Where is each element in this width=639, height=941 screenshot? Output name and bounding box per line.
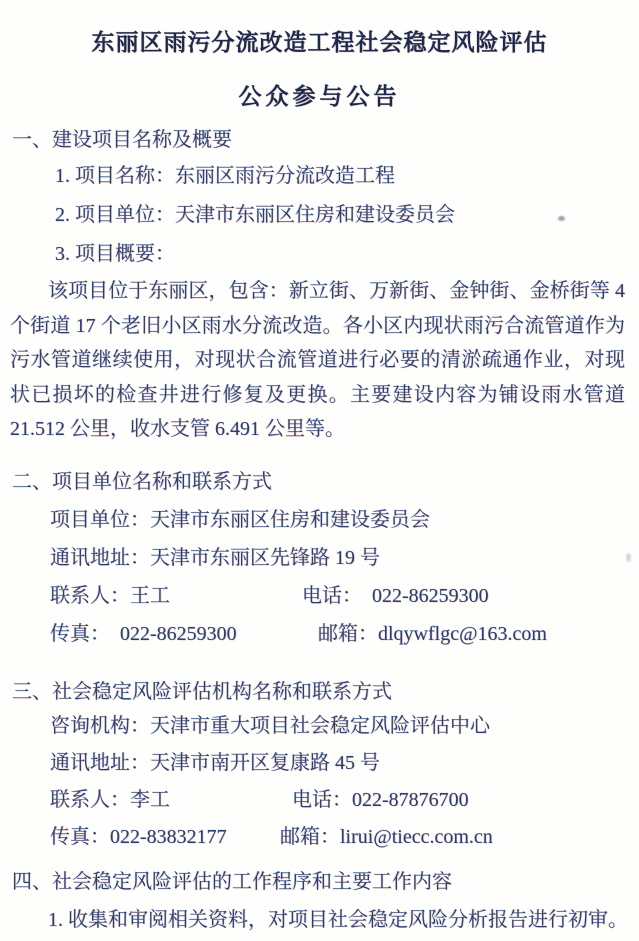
section3-phone: 电话：022-87876700 (292, 782, 469, 819)
section3-contact-phone-row: 联系人：李工 电话：022-87876700 (0, 782, 639, 819)
section2-fax: 传真： 022-86259300 (0, 623, 237, 645)
document-title-line1: 东丽区雨污分流改造工程社会稳定风险评估 (0, 0, 639, 58)
section2-contact-phone-row: 联系人：王工 电话： 022-86259300 (0, 577, 639, 615)
section3-agency-row: 咨询机构：天津市重大项目社会稳定风险评估中心 (0, 708, 639, 745)
section1-heading: 一、建设项目名称及概要 (0, 125, 639, 155)
section2-contact-block: 项目单位：天津市东丽区住房和建设委员会 通讯地址：天津市东丽区先锋路 19 号 … (0, 501, 639, 653)
document-page: 东丽区雨污分流改造工程社会稳定风险评估 公众参与公告 一、建设项目名称及概要 1… (0, 0, 639, 941)
section3-fax-email-row: 传真：022-83832177 邮箱：lirui@tiecc.com.cn (0, 819, 639, 856)
section2-email: 邮箱：dlqywflgc@163.com (318, 615, 547, 653)
section3-heading: 三、社会稳定风险评估机构名称和联系方式 (0, 677, 639, 707)
section1-item-project-unit: 2. 项目单位：天津市东丽区住房和建设委员会 (0, 196, 639, 235)
section2-unit-row: 项目单位：天津市东丽区住房和建设委员会 (0, 501, 639, 539)
section4-item-initial-review: 1. 收集和审阅相关资料，对项目社会稳定风险分析报告进行初审。 (0, 901, 639, 940)
section3-fax: 传真：022-83832177 (0, 826, 227, 848)
section1-item-project-summary-label: 3. 项目概要： (0, 235, 639, 274)
section4-heading: 四、社会稳定风险评估的工作程序和主要工作内容 (0, 867, 639, 897)
scan-artifact-speck (626, 553, 631, 562)
section2-address-row: 通讯地址：天津市东丽区先锋路 19 号 (0, 539, 639, 577)
section3-address-row: 通讯地址：天津市南开区复康路 45 号 (0, 745, 639, 782)
section2-contact-person: 联系人：王工 (0, 585, 170, 607)
project-summary-paragraph: 该项目位于东丽区，包含：新立街、万新街、金钟街、金桥街等 4 个街道 17 个老… (0, 274, 639, 447)
section2-address: 通讯地址：天津市东丽区先锋路 19 号 (0, 547, 380, 569)
section2-phone: 电话： 022-86259300 (302, 577, 489, 615)
section1-items: 1. 项目名称：东丽区雨污分流改造工程 2. 项目单位：天津市东丽区住房和建设委… (0, 157, 639, 274)
section3-address: 通讯地址：天津市南开区复康路 45 号 (0, 752, 380, 774)
scan-artifact-speck (558, 216, 565, 221)
section2-heading: 二、项目单位名称和联系方式 (0, 467, 639, 497)
section1-item-project-name: 1. 项目名称：东丽区雨污分流改造工程 (0, 157, 639, 196)
section3-contact-block: 咨询机构：天津市重大项目社会稳定风险评估中心 通讯地址：天津市南开区复康路 45… (0, 708, 639, 856)
section3-contact-person: 联系人：李工 (0, 789, 170, 811)
section2-fax-email-row: 传真： 022-86259300 邮箱：dlqywflgc@163.com (0, 615, 639, 653)
section2-unit: 项目单位：天津市东丽区住房和建设委员会 (0, 509, 430, 531)
section3-agency: 咨询机构：天津市重大项目社会稳定风险评估中心 (0, 715, 490, 737)
section3-email: 邮箱：lirui@tiecc.com.cn (280, 819, 493, 856)
document-title-line2: 公众参与公告 (0, 82, 639, 112)
